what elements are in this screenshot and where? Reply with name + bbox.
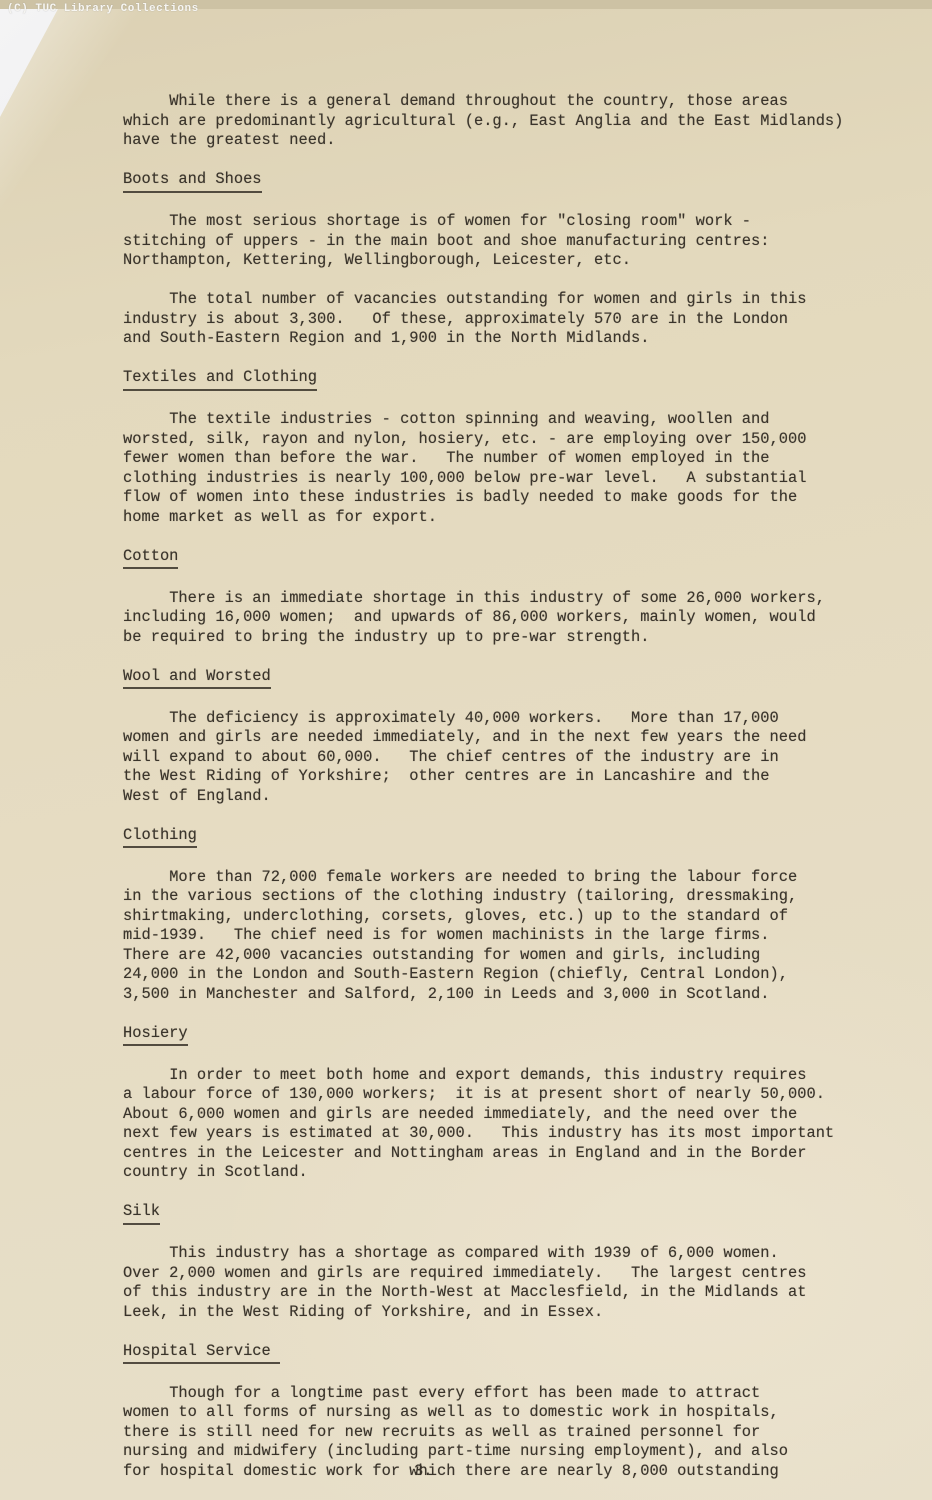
heading-text: Cotton [123, 547, 178, 570]
heading-text: Clothing [123, 826, 197, 849]
paragraph-wool-and-worsted-1: The deficiency is approximately 40,000 w… [123, 709, 847, 807]
document-paper: While there is a general demand througho… [0, 9, 932, 1500]
copyright-watermark: (C) TUC Library Collections [7, 3, 199, 15]
section-heading-hospital-service: Hospital Service [123, 1342, 847, 1365]
scanned-page: While there is a general demand througho… [0, 0, 932, 1500]
heading-text: Boots and Shoes [123, 170, 262, 193]
paragraph-hosiery-1: In order to meet both home and export de… [123, 1066, 847, 1183]
paragraph-silk-1: This industry has a shortage as compared… [123, 1244, 847, 1322]
section-heading-hosiery: Hosiery [123, 1024, 847, 1047]
heading-text: Hosiery [123, 1024, 188, 1047]
section-heading-clothing: Clothing [123, 826, 847, 849]
section-heading-boots-and-shoes: Boots and Shoes [123, 170, 847, 193]
section-heading-wool-and-worsted: Wool and Worsted [123, 667, 847, 690]
heading-text: Silk [123, 1202, 160, 1225]
paragraph-hospital-service-1: Though for a longtime past every effort … [123, 1384, 847, 1482]
document-body: While there is a general demand througho… [123, 92, 847, 1500]
section-heading-cotton: Cotton [123, 547, 847, 570]
paragraph-clothing-1: More than 72,000 female workers are need… [123, 868, 847, 1005]
section-heading-silk: Silk [123, 1202, 847, 1225]
paragraph-boots-and-shoes-2: The total number of vacancies outstandin… [123, 290, 847, 349]
page-number: 3. [414, 1462, 432, 1480]
section-heading-textiles-and-clothing: Textiles and Clothing [123, 368, 847, 391]
heading-text: Hospital Service [123, 1342, 280, 1365]
heading-text: Textiles and Clothing [123, 368, 317, 391]
intro-paragraph: While there is a general demand througho… [123, 92, 847, 151]
heading-text: Wool and Worsted [123, 667, 271, 690]
paragraph-cotton-1: There is an immediate shortage in this i… [123, 589, 847, 648]
paragraph-boots-and-shoes-1: The most serious shortage is of women fo… [123, 212, 847, 271]
paragraph-textiles-and-clothing-1: The textile industries - cotton spinning… [123, 410, 847, 527]
